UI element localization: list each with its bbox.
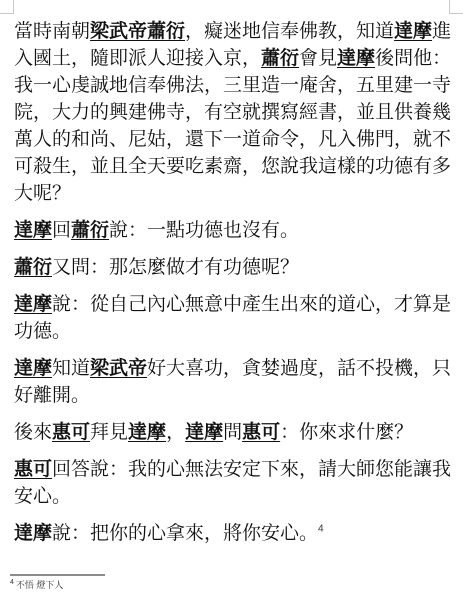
footnote: 4不悟 燈下人	[10, 580, 450, 591]
footnote-area: 4不悟 燈下人	[10, 574, 450, 591]
paragraph: 達摩說：把你的心拿來，將你安心。4	[14, 520, 454, 547]
person-name: 惠可	[14, 459, 52, 480]
text-run: 又問：那怎麼做才有功德呢？	[52, 257, 299, 278]
paragraph: 當時南朝梁武帝蕭衍，癡迷地信奉佛教，知道達摩進入國土，隨即派人迎接入京，蕭衍會見…	[14, 18, 454, 207]
text-run: 後來	[14, 422, 52, 443]
person-name: 蕭衍	[261, 48, 299, 69]
person-name: 達摩	[14, 220, 52, 241]
document-page: 當時南朝梁武帝蕭衍，癡迷地信奉佛教，知道達摩進入國土，隨即派人迎接入京，蕭衍會見…	[0, 0, 463, 600]
footnote-reference: 4	[318, 524, 324, 535]
paragraph: 後來惠可拜見達摩，達摩問惠可：你來求什麼？	[14, 419, 454, 446]
text-run: 說：從自己內心無意中產生出來的道心，才算是功德。	[14, 294, 451, 342]
person-name: 蕭衍	[14, 257, 52, 278]
text-run: 知道	[52, 358, 90, 379]
margin-corner-mark-top-right	[449, 0, 463, 14]
person-name: 達摩	[14, 358, 52, 379]
text-run: 問	[223, 422, 242, 443]
paragraph: 達摩回蕭衍說：一點功德也沒有。	[14, 217, 454, 244]
text-run: ：你來求什麼？	[280, 422, 413, 443]
person-name: 達摩	[128, 422, 166, 443]
person-name: 梁武帝	[90, 358, 147, 379]
footnote-marker: 4	[10, 579, 14, 586]
text-run: 後問他：我一心虔誠地信奉佛法，三里造一庵舍，五里建一寺院，大力的興建佛寺，有空就…	[14, 48, 451, 204]
paragraph: 達摩知道梁武帝好大喜功，貪婪過度，話不投機，只好離開。	[14, 355, 454, 409]
person-name: 達摩	[14, 294, 52, 315]
text-run: ，癡迷地信奉佛教，知道	[185, 21, 394, 42]
text-run: 回	[52, 220, 71, 241]
person-name: 蕭衍	[71, 220, 109, 241]
text-run: ，	[166, 422, 185, 443]
text-run: 回答說：我的心無法安定下來，請大師您能讓我安心。	[14, 459, 451, 507]
text-run: 拜見	[90, 422, 128, 443]
margin-corner-mark-top-left	[0, 0, 14, 14]
person-name: 惠可	[52, 422, 90, 443]
footnote-text: 不悟 燈下人	[16, 580, 64, 590]
person-name: 梁武帝蕭衍	[90, 21, 185, 42]
text-run: 說：一點功德也沒有。	[109, 220, 299, 241]
paragraph: 惠可回答說：我的心無法安定下來，請大師您能讓我安心。	[14, 456, 454, 510]
person-name: 達摩	[337, 48, 375, 69]
paragraph: 蕭衍又問：那怎麼做才有功德呢？	[14, 254, 454, 281]
text-run: 會見	[299, 48, 337, 69]
footnote-separator	[10, 574, 105, 576]
person-name: 達摩	[14, 523, 52, 544]
text-run: 說：把你的心拿來，將你安心。	[52, 523, 318, 544]
person-name: 達摩	[185, 422, 223, 443]
text-run: 當時南朝	[14, 21, 90, 42]
document-body: 當時南朝梁武帝蕭衍，癡迷地信奉佛教，知道達摩進入國土，隨即派人迎接入京，蕭衍會見…	[14, 18, 454, 557]
person-name: 惠可	[242, 422, 280, 443]
paragraph: 達摩說：從自己內心無意中產生出來的道心，才算是功德。	[14, 291, 454, 345]
person-name: 達摩	[394, 21, 432, 42]
